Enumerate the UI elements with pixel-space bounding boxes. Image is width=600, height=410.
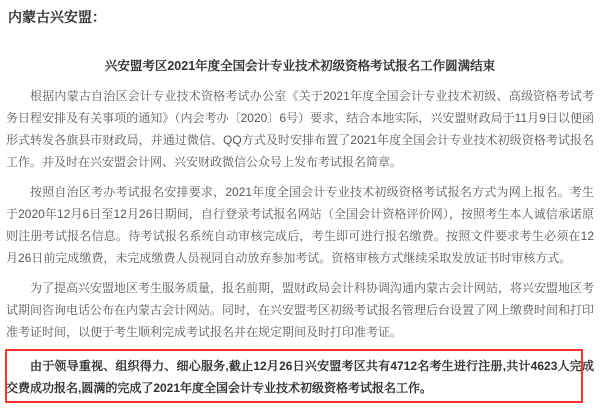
- region-label: 内蒙古兴安盟：: [8, 8, 594, 26]
- highlighted-summary: 由于领导重视、组织得力、细心服务,截止12月26日兴安盟考区共有4712名考生进…: [6, 355, 594, 399]
- paragraph-registration-results: 由于领导重视、组织得力、细心服务,截止12月26日兴安盟考区共有4712名考生进…: [6, 355, 594, 399]
- article-page: 内蒙古兴安盟： 兴安盟考区2021年度全国会计专业技术初级资格考试报名工作圆满结…: [0, 0, 600, 410]
- paragraph-notice-forwarding: 根据内蒙古自治区会计专业技术资格考试办公室《关于2021年度全国会计专业技术初级…: [6, 85, 594, 173]
- article-body: 根据内蒙古自治区会计专业技术资格考试办公室《关于2021年度全国会计专业技术初级…: [6, 85, 594, 399]
- paragraph-service-measures: 为了提高兴安盟地区考生服务质量，报名前期，盟财政局会计科协调沟通内蒙古会计网站，…: [6, 277, 594, 343]
- document-title: 兴安盟考区2021年度全国会计专业技术初级资格考试报名工作圆满结束: [6, 56, 594, 76]
- paragraph-registration-procedure: 按照自治区考办考试报名安排要求，2021年度全国会计专业技术初级资格考试报名方式…: [6, 181, 594, 269]
